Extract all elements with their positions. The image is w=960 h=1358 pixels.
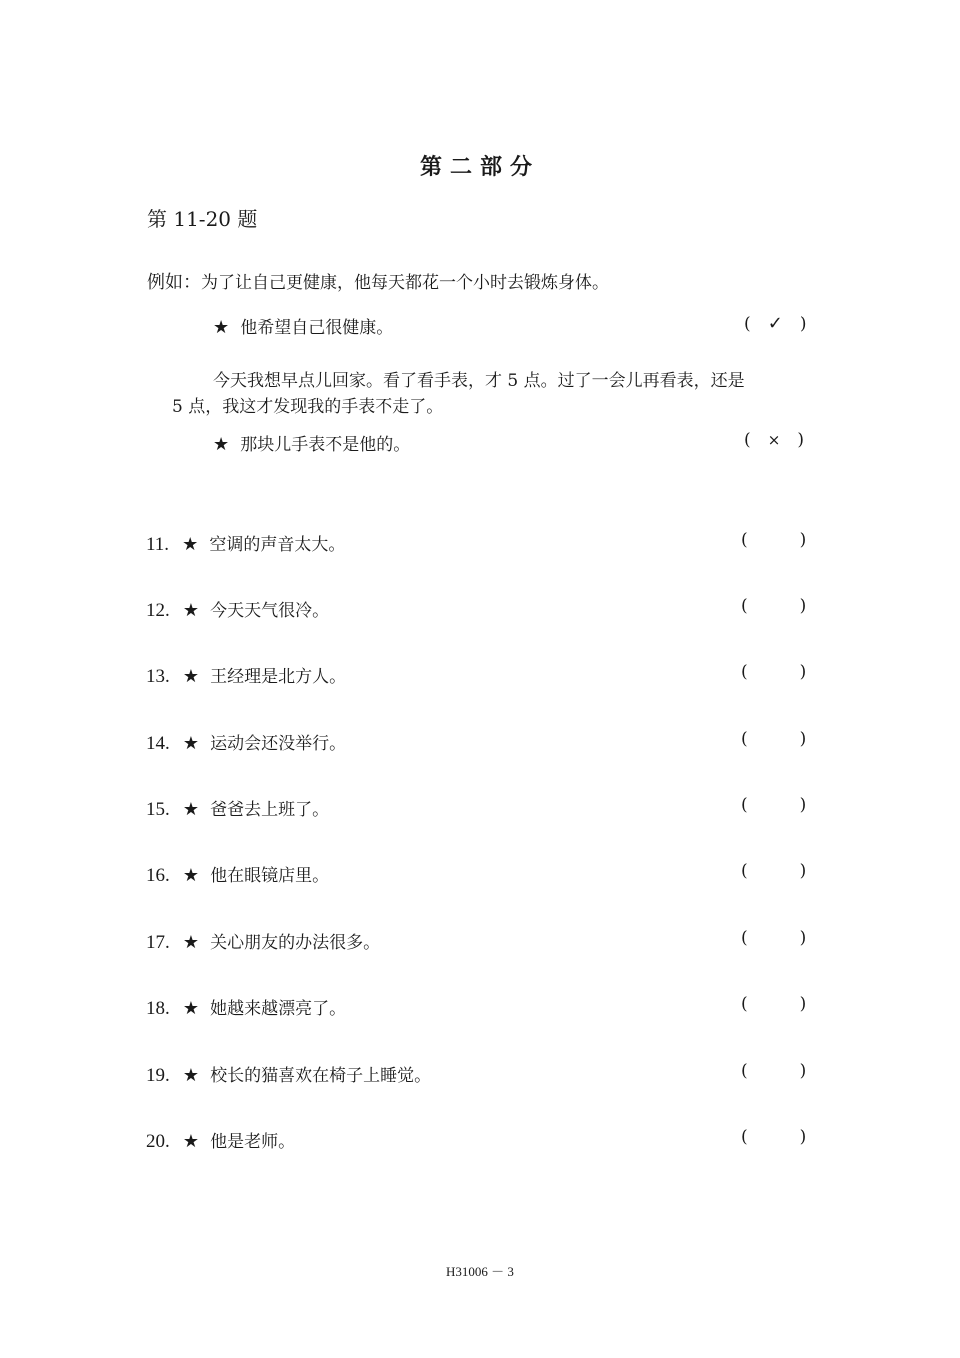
question-row: 17. ★ 关心朋友的办法很多。 — [146, 928, 380, 954]
star-icon: ★ — [183, 932, 199, 953]
answer-blank[interactable]: () — [741, 662, 806, 682]
answer-blank[interactable]: () — [741, 994, 806, 1014]
cross-mark-icon: × — [768, 431, 781, 449]
example-statement-2: ★ 那块儿手表不是他的。 — [213, 430, 410, 455]
star-icon: ★ — [213, 317, 229, 338]
example-label: 例如：为了让自己更健康，他每天都花一个小时去锻炼身体。 — [147, 268, 609, 294]
page-footer: H31006 － 3 — [0, 1261, 960, 1280]
question-range: 第 11-20 题 — [147, 203, 257, 232]
example-sentence: 为了让自己更健康，他每天都花一个小时去锻炼身体。 — [201, 273, 609, 293]
star-icon: ★ — [183, 1065, 199, 1086]
example-answer-2: ( × ) — [744, 430, 804, 450]
question-row: 19. ★ 校长的猫喜欢在椅子上睡觉。 — [146, 1061, 431, 1087]
answer-blank[interactable]: () — [741, 1061, 806, 1081]
question-row: 13. ★ 王经理是北方人。 — [146, 662, 346, 688]
question-row: 12. ★ 今天天气很冷。 — [146, 596, 329, 622]
answer-blank[interactable]: () — [741, 928, 806, 948]
star-icon: ★ — [183, 666, 199, 687]
question-row: 14. ★ 运动会还没举行。 — [146, 729, 346, 755]
example-passage-line-1: 今天我想早点儿回家。看了看手表，才 5 点。过了一会儿再看表，还是 — [213, 366, 745, 391]
question-row: 16. ★ 他在眼镜店里。 — [146, 861, 329, 887]
example-passage-line-2: 5 点，我这才发现我的手表不走了。 — [172, 392, 443, 417]
question-row: 15. ★ 爸爸去上班了。 — [146, 795, 329, 821]
answer-blank[interactable]: () — [741, 530, 806, 550]
answer-blank[interactable]: () — [741, 1127, 806, 1147]
star-icon: ★ — [183, 799, 199, 820]
answer-blank[interactable]: () — [741, 596, 806, 616]
example-statement-1: ★ 他希望自己很健康。 — [213, 313, 393, 338]
star-icon: ★ — [213, 434, 229, 455]
question-row: 11. ★ 空调的声音太大。 — [146, 530, 345, 556]
answer-blank[interactable]: () — [741, 795, 806, 815]
answer-blank[interactable]: () — [741, 729, 806, 749]
star-icon: ★ — [183, 998, 199, 1019]
question-row: 18. ★ 她越来越漂亮了。 — [146, 994, 346, 1020]
star-icon: ★ — [183, 865, 199, 886]
star-icon: ★ — [183, 1131, 199, 1152]
check-mark-icon: ✓ — [768, 313, 783, 334]
section-title: 第二部分 — [0, 150, 960, 181]
star-icon: ★ — [183, 733, 199, 754]
example-answer-1: ( ✓ ) — [744, 313, 807, 334]
star-icon: ★ — [183, 600, 199, 621]
star-icon: ★ — [182, 534, 198, 555]
answer-blank[interactable]: () — [741, 861, 806, 881]
question-row: 20. ★ 他是老师。 — [146, 1127, 295, 1153]
